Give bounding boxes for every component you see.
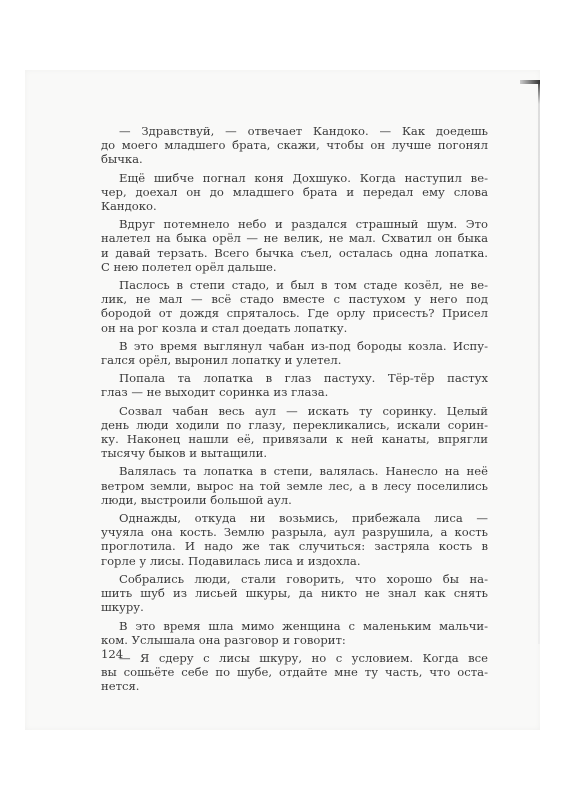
text-line: налетел на быка орёл — не велик, не мал.… bbox=[101, 231, 488, 245]
text-line: Валялась та лопатка в степи, валялась. Н… bbox=[101, 464, 488, 478]
paragraph: Валялась та лопатка в степи, валялась. Н… bbox=[101, 464, 488, 507]
text-line: глаз — не выходит соринка из глаза. bbox=[101, 385, 488, 399]
paragraph: Собрались люди, стали говорить, что хоро… bbox=[101, 572, 488, 615]
paragraph: — Я сдеру с лисы шкуру, но с условием. К… bbox=[101, 651, 488, 694]
text-line: лик, не мал — всё стадо вместе с пастухо… bbox=[101, 292, 488, 306]
text-line: до моего младшего брата, скажи, чтобы он… bbox=[101, 138, 488, 152]
text-line: чер, доехал он до младшего брата и перед… bbox=[101, 185, 488, 199]
text-column: — Здравствуй, — отвечает Кандоко. — Как … bbox=[101, 124, 488, 698]
paragraph: — Здравствуй, — отвечает Кандоко. — Как … bbox=[101, 124, 488, 167]
text-line: и давай терзать. Всего бычка съел, остал… bbox=[101, 246, 488, 260]
page-edge-shadow bbox=[538, 84, 540, 644]
text-line: В это время шла мимо женщина с маленьким… bbox=[101, 619, 488, 633]
paragraph: Попала та лопатка в глаз пастуху. Тёр-тё… bbox=[101, 371, 488, 399]
paragraph: Ещё шибче погнал коня Дохшуко. Когда нас… bbox=[101, 171, 488, 214]
text-line: Созвал чабан весь аул — искать ту соринк… bbox=[101, 404, 488, 418]
text-line: гался орёл, выронил лопатку и улетел. bbox=[101, 353, 488, 367]
text-line: С нею полетел орёл дальше. bbox=[101, 260, 488, 274]
text-line: — Я сдеру с лисы шкуру, но с условием. К… bbox=[101, 651, 488, 665]
text-line: В это время выглянул чабан из-под бороды… bbox=[101, 339, 488, 353]
paragraph: Паслось в степи стадо, и был в том стаде… bbox=[101, 278, 488, 335]
paragraph: Созвал чабан весь аул — искать ту соринк… bbox=[101, 404, 488, 461]
text-line: горле у лисы. Подавилась лиса и издохла. bbox=[101, 554, 488, 568]
text-line: Паслось в степи стадо, и был в том стаде… bbox=[101, 278, 488, 292]
text-line: — Здравствуй, — отвечает Кандоко. — Как … bbox=[101, 124, 488, 138]
text-line: шкуру. bbox=[101, 600, 488, 614]
paragraph: В это время шла мимо женщина с маленьким… bbox=[101, 619, 488, 647]
text-line: ку. Наконец нашли её, привязали к ней ка… bbox=[101, 432, 488, 446]
paragraph: Однажды, откуда ни возьмись, прибежала л… bbox=[101, 511, 488, 568]
text-line: нется. bbox=[101, 679, 488, 693]
text-line: вы сошьёте себе по шубе, отдайте мне ту … bbox=[101, 665, 488, 679]
text-line: ветром земли, вырос на той земле лес, а … bbox=[101, 479, 488, 493]
text-line: тысячу быков и вытащили. bbox=[101, 446, 488, 460]
text-line: ком. Услышала она разговор и говорит: bbox=[101, 633, 488, 647]
text-line: день люди ходили по глазу, перекликались… bbox=[101, 418, 488, 432]
paragraph: Вдруг потемнело небо и раздался страшный… bbox=[101, 217, 488, 274]
text-line: Собрались люди, стали говорить, что хоро… bbox=[101, 572, 488, 586]
text-line: он на рог козла и стал доедать лопатку. bbox=[101, 321, 488, 335]
text-line: Однажды, откуда ни возьмись, прибежала л… bbox=[101, 511, 488, 525]
text-line: люди, выстроили большой аул. bbox=[101, 493, 488, 507]
page-number: 124 bbox=[101, 647, 123, 661]
text-line: бычка. bbox=[101, 152, 488, 166]
text-line: бородой от дождя спряталось. Где орлу пр… bbox=[101, 306, 488, 320]
text-line: шить шуб из лисьей шкуры, да никто не зн… bbox=[101, 586, 488, 600]
text-line: Ещё шибче погнал коня Дохшуко. Когда нас… bbox=[101, 171, 488, 185]
paragraph: В это время выглянул чабан из-под бороды… bbox=[101, 339, 488, 367]
text-line: Кандоко. bbox=[101, 199, 488, 213]
page-corner-shadow bbox=[520, 80, 540, 84]
text-line: учуяла она кость. Землю разрыла, аул раз… bbox=[101, 525, 488, 539]
text-line: Вдруг потемнело небо и раздался страшный… bbox=[101, 217, 488, 231]
text-line: проглотила. И надо же так случиться: зас… bbox=[101, 539, 488, 553]
text-line: Попала та лопатка в глаз пастуху. Тёр-тё… bbox=[101, 371, 488, 385]
